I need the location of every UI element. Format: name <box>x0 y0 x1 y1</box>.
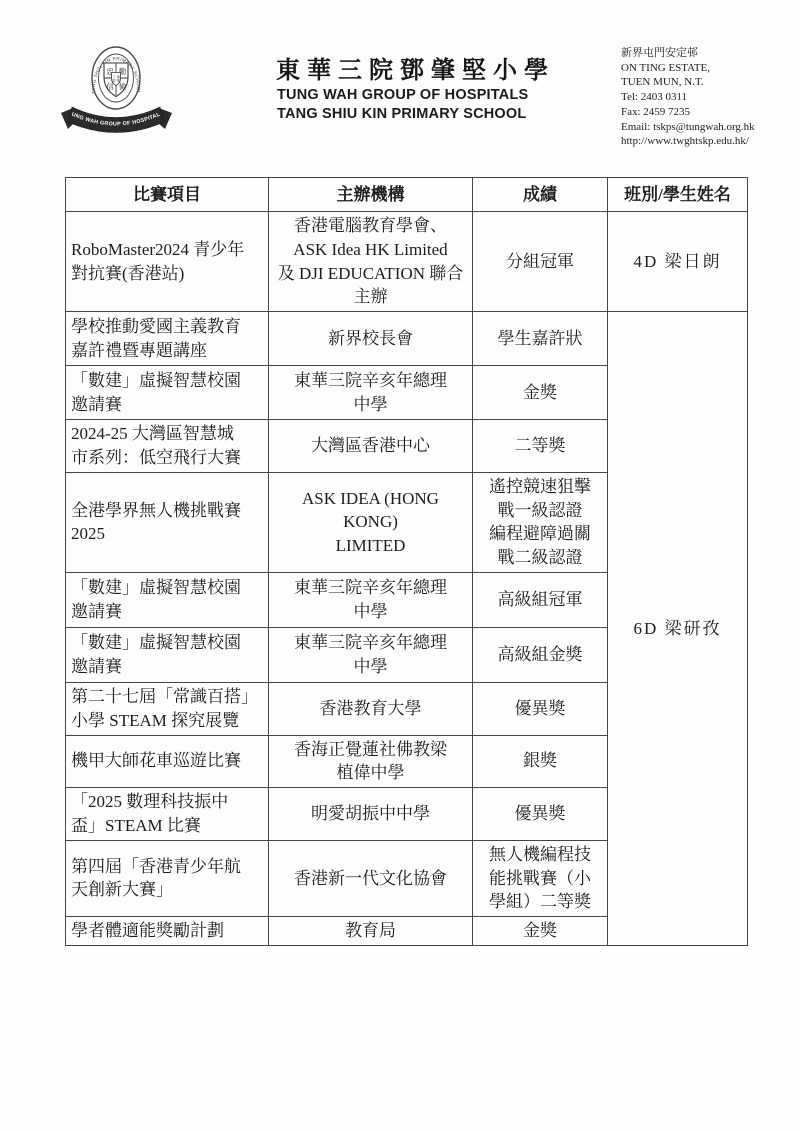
cell-organizer: 大灣區香港中心 <box>269 420 473 473</box>
cell-event: 「2025 數理科技振中 盃」STEAM 比賽 <box>66 788 269 841</box>
fax-number: Fax: 2459 7235 <box>621 105 755 120</box>
cell-result: 金獎 <box>473 917 608 946</box>
cell-result: 金獎 <box>473 366 608 420</box>
table-row: RoboMaster2024 青少年 對抗賽(香港站) 香港電腦教育學會、 AS… <box>66 212 748 312</box>
cell-student-merged: 6D 梁研孜 <box>608 312 748 946</box>
school-name-chinese: 東華三院鄧肇堅小學 <box>276 50 576 85</box>
cell-result: 高級組冠軍 <box>473 572 608 627</box>
cell-event: 「數建」虛擬智慧校園 邀請賽 <box>66 627 269 682</box>
school-name-english-line2: TANG SHIU KIN PRIMARY SCHOOL <box>277 105 528 124</box>
cell-organizer: 東華三院辛亥年總理 中學 <box>269 627 473 682</box>
cell-organizer: 香海正覺蓮社佛教梁 植偉中學 <box>269 735 473 788</box>
cell-result: 二等獎 <box>473 420 608 473</box>
column-header-event: 比賽項目 <box>66 178 269 212</box>
cell-organizer: 新界校長會 <box>269 312 473 366</box>
cell-result: 高級組金獎 <box>473 627 608 682</box>
cell-event: 第二十七屆「常識百搭」 小學 STEAM 探究展覽 <box>66 682 269 735</box>
address-chinese: 新界屯門安定邨 <box>621 46 755 61</box>
cell-result: 優異獎 <box>473 788 608 841</box>
cell-organizer: 東華三院辛亥年總理 中學 <box>269 366 473 420</box>
address-line2: TUEN MUN, N.T. <box>621 75 755 90</box>
cell-event: 學者體適能獎勵計劃 <box>66 917 269 946</box>
cell-event: 第四屆「香港青少年航 天創新大賽」 <box>66 840 269 916</box>
cell-event: 2024-25 大灣區智慧城 市系列：低空飛行大賽 <box>66 420 269 473</box>
cell-result: 分組冠軍 <box>473 212 608 312</box>
school-name-english: TUNG WAH GROUP OF HOSPITALS TANG SHIU KI… <box>277 86 528 124</box>
cell-organizer: 東華三院辛亥年總理 中學 <box>269 572 473 627</box>
cell-result: 無人機編程技 能挑戰賽（小 學組）二等獎 <box>473 840 608 916</box>
email-address: Email: tskps@tungwah.org.hk <box>621 120 755 135</box>
cell-student: 4D 梁日朗 <box>608 212 748 312</box>
cell-organizer: 香港教育大學 <box>269 682 473 735</box>
cell-event: 「數建」虛擬智慧校園 邀請賽 <box>66 572 269 627</box>
document-page: TANG SHIU KIN PRIMARY SCHOOL 忠 勤 信 儉 三 東… <box>0 0 800 1131</box>
cell-result: 學生嘉許狀 <box>473 312 608 366</box>
cell-organizer: 香港新一代文化協會 <box>269 840 473 916</box>
awards-table: 比賽項目 主辦機構 成績 班別/學生姓名 RoboMaster2024 青少年 … <box>65 177 748 946</box>
website-url: http://www.twghtskp.edu.hk/ <box>621 134 755 149</box>
cell-event: 「數建」虛擬智慧校園 邀請賽 <box>66 366 269 420</box>
column-header-student: 班別/學生姓名 <box>608 178 748 212</box>
table-row: 學校推動愛國主義教育 嘉許禮暨專題講座 新界校長會 學生嘉許狀 6D 梁研孜 <box>66 312 748 366</box>
cell-event: 學校推動愛國主義教育 嘉許禮暨專題講座 <box>66 312 269 366</box>
cell-organizer: 香港電腦教育學會、 ASK Idea HK Limited 及 DJI EDUC… <box>269 212 473 312</box>
cell-event: 機甲大師花車巡遊比賽 <box>66 735 269 788</box>
school-name-english-line1: TUNG WAH GROUP OF HOSPITALS <box>277 86 528 105</box>
table-header-row: 比賽項目 主辦機構 成績 班別/學生姓名 <box>66 178 748 212</box>
cell-result: 遙控競速狙擊 戰一級認證 編程避障過關 戰二級認證 <box>473 472 608 572</box>
cell-event: 全港學界無人機挑戰賽 2025 <box>66 472 269 572</box>
address-line1: ON TING ESTATE, <box>621 61 755 76</box>
cell-result: 銀獎 <box>473 735 608 788</box>
column-header-result: 成績 <box>473 178 608 212</box>
cell-organizer: 教育局 <box>269 917 473 946</box>
contact-info: 新界屯門安定邨 ON TING ESTATE, TUEN MUN, N.T. T… <box>621 46 755 149</box>
cell-organizer: 明愛胡振中中學 <box>269 788 473 841</box>
cell-result: 優異獎 <box>473 682 608 735</box>
phone-number: Tel: 2403 0311 <box>621 90 755 105</box>
cell-organizer: ASK IDEA (HONG KONG) LIMITED <box>269 472 473 572</box>
cell-event: RoboMaster2024 青少年 對抗賽(香港站) <box>66 212 269 312</box>
school-logo: TANG SHIU KIN PRIMARY SCHOOL 忠 勤 信 儉 三 東… <box>58 42 176 148</box>
column-header-organizer: 主辦機構 <box>269 178 473 212</box>
